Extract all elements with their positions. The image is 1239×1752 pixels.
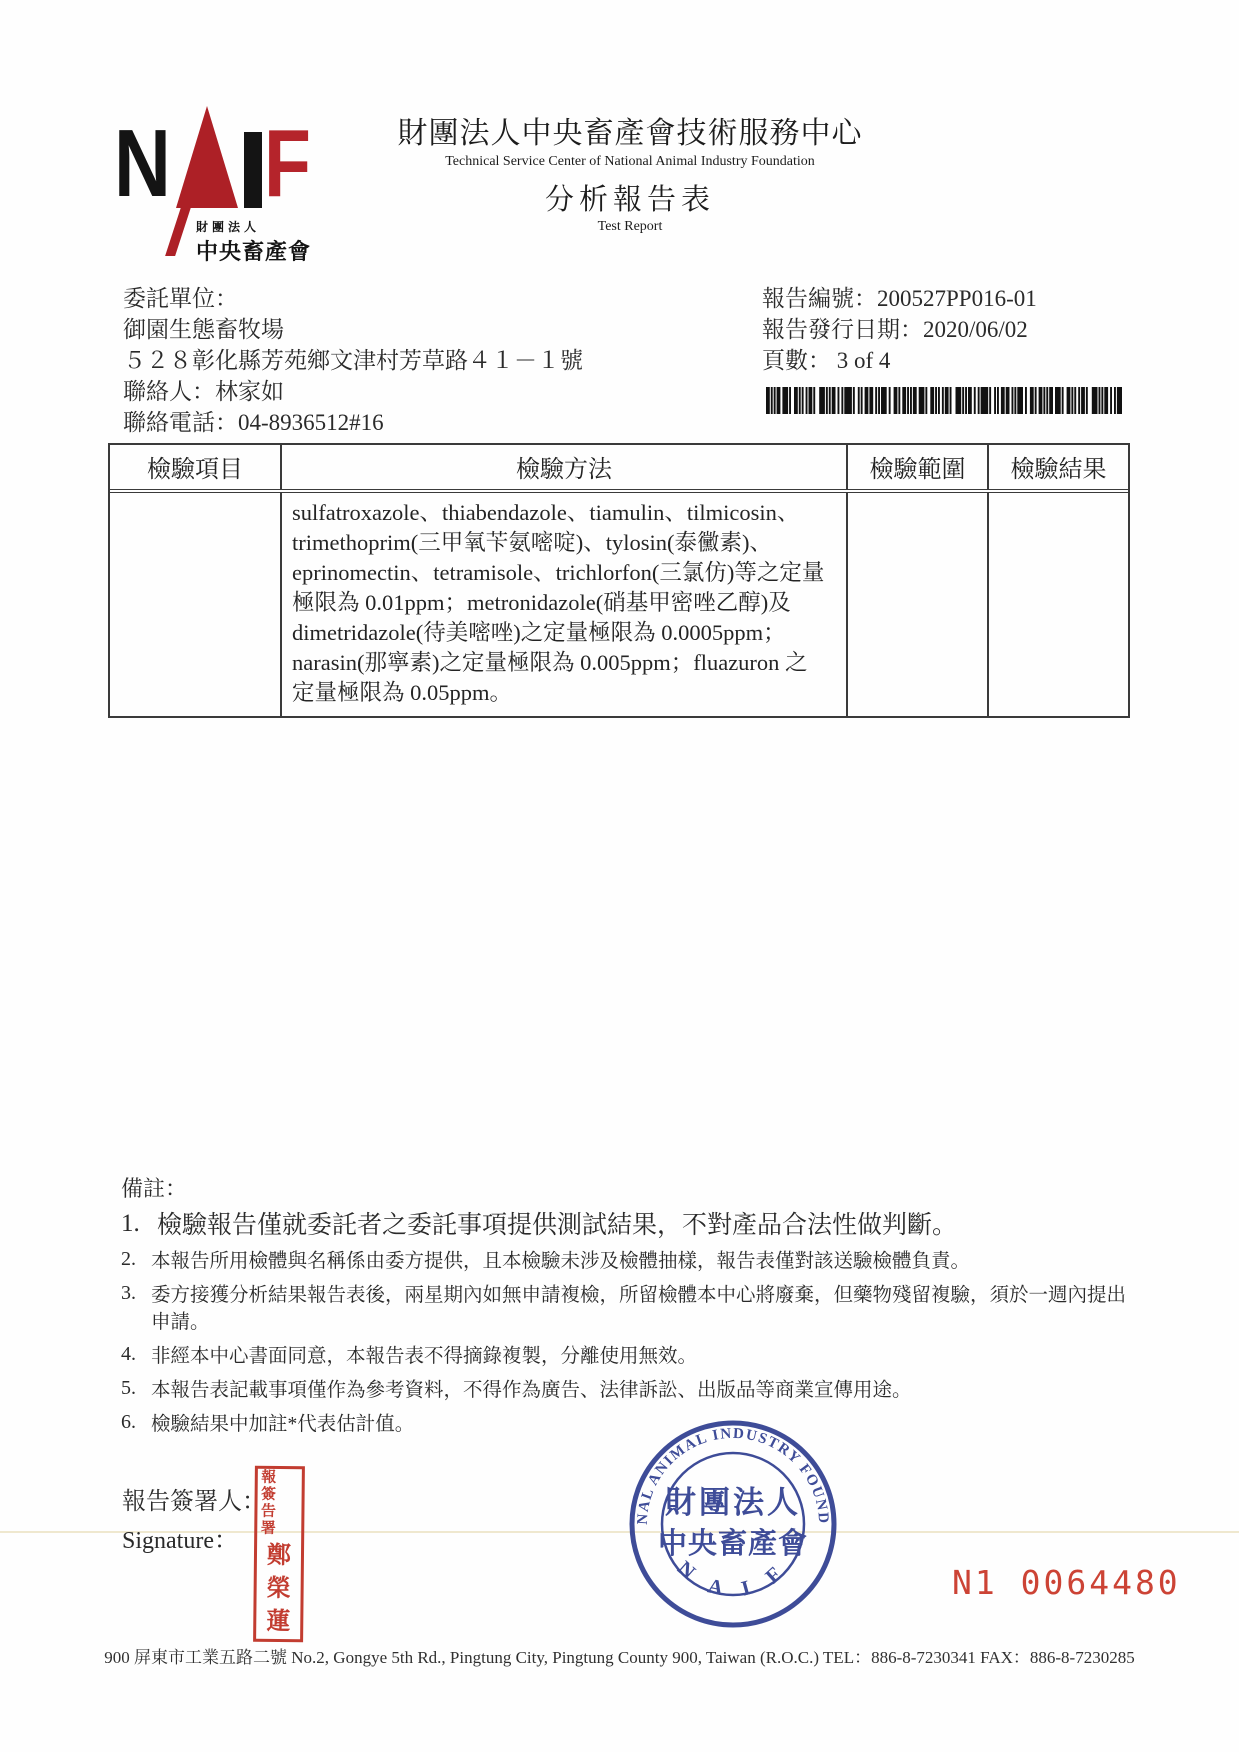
report-title: 分析報告表 — [330, 177, 930, 218]
note-text: 本報告表記載事項僅作為參考資料，不得作為廣告、法律訴訟、出版品等商業宣傳用途。 — [151, 1377, 1126, 1404]
issue-date-value: 2020/06/02 — [923, 317, 1028, 342]
column-header-test-method: 檢驗方法 — [280, 445, 846, 489]
client-address: ５２８彰化縣芳苑鄉文津村芳草路４１－１號 — [123, 345, 583, 376]
page-count-label: 頁數： — [762, 348, 831, 373]
report-title-en: Test Report — [330, 219, 930, 235]
note-number: 5. — [121, 1377, 151, 1404]
report-number-row: 報告編號：200527PP016-01 — [762, 283, 1037, 314]
note-text: 非經本中心書面同意，本報告表不得摘錄複製，分離使用無效。 — [151, 1343, 1126, 1370]
method-line: trimethoprim(三甲氧苄氨嘧啶)、tylosin(泰黴素)、 — [292, 528, 836, 558]
method-line: 定量極限為 0.05ppm。 — [292, 678, 836, 708]
note-item: 4. 非經本中心書面同意，本報告表不得摘錄複製，分離使用無效。 — [121, 1343, 1126, 1370]
method-line: dimetridazole(待美嘧唑)之定量極限為 0.0005ppm； — [292, 618, 836, 648]
note-text: 委方接獲分析結果報告表後，兩星期內如無申請複檢，所留檢體本中心將廢棄，但藥物殘留… — [151, 1282, 1126, 1336]
logo-letter-a-triangle — [176, 106, 238, 208]
logo-subtitle: 財團法人 中央畜產會 — [196, 218, 328, 266]
notes-section: 備註： 1. 檢驗報告僅就委託者之委託事項提供測試結果，不對產品合法性做判斷。 … — [121, 1172, 1126, 1438]
note-number: 2. — [121, 1248, 151, 1275]
issue-date-label: 報告發行日期： — [762, 317, 923, 342]
signer-label-en: Signature： — [122, 1522, 266, 1561]
logo-subtitle-line2: 中央畜產會 — [196, 235, 328, 266]
issue-date-row: 報告發行日期：2020/06/02 — [762, 314, 1037, 345]
logo-letter-n: N — [114, 116, 171, 212]
stamp-inner-line1: 財團法人 — [665, 1485, 801, 1520]
header-titles: 財團法人中央畜產會技術服務中心 Technical Service Center… — [330, 108, 930, 235]
signer-label-zh: 報告簽署人： — [122, 1483, 266, 1522]
report-barcode — [766, 387, 1122, 414]
stamp-inner-line2: 中央畜產會 — [658, 1526, 808, 1560]
method-line: narasin(那寧素)之定量極限為 0.005ppm；fluazuron 之 — [292, 648, 836, 678]
stamp-arc-bottom-text: N A I F — [673, 1556, 793, 1602]
client-phone: 聯絡電話：04-8936512#16 — [123, 407, 583, 438]
note-item: 3. 委方接獲分析結果報告表後，兩星期內如無申請複檢，所留檢體本中心將廢棄，但藥… — [121, 1282, 1126, 1336]
logo-letter-f: F — [264, 116, 311, 212]
results-table: 檢驗項目 檢驗方法 檢驗範圍 檢驗結果 sulfatroxazole、thiab… — [108, 443, 1130, 718]
report-number-label: 報告編號： — [762, 286, 877, 311]
notes-label: 備註： — [121, 1172, 1126, 1203]
test-report-page: N F 財團法人 中央畜產會 財團法人中央畜產會技術服務中心 Technical… — [0, 0, 1239, 1752]
note-item: 6. 檢驗結果中加註*代表估計值。 — [121, 1411, 1126, 1438]
signer-seal-header-chars: 報簽告署 — [257, 1470, 302, 1538]
page-count-row: 頁數： 3 of 4 — [762, 345, 1037, 376]
report-meta: 報告編號：200527PP016-01 報告發行日期：2020/06/02 頁數… — [762, 283, 1037, 376]
note-number: 4. — [121, 1343, 151, 1370]
serial-number: N1 0064480 — [952, 1563, 1181, 1602]
signer-seal-name-chars: 鄭榮蓮 — [256, 1540, 301, 1639]
logo-subtitle-line1: 財團法人 — [196, 218, 328, 235]
table-header-row: 檢驗項目 檢驗方法 檢驗範圍 檢驗結果 — [110, 445, 1128, 493]
footer-address: 900 屏東市工業五路二號 No.2, Gongye 5th Rd., Ping… — [0, 1643, 1239, 1668]
method-line: 極限為 0.01ppm；metronidazole(硝基甲密唑乙醇)及 — [292, 588, 836, 618]
method-line: sulfatroxazole、thiabendazole、tiamulin、ti… — [292, 498, 836, 528]
signature-block: 報告簽署人： Signature： — [122, 1483, 266, 1561]
cell-test-range — [846, 493, 987, 716]
client-label: 委託單位： — [123, 283, 583, 314]
note-text: 檢驗報告僅就委託者之委託事項提供測試結果，不對產品合法性做判斷。 — [157, 1210, 1126, 1241]
note-text: 本報告所用檢體與名稱係由委方提供，且本檢驗未涉及檢體抽樣，報告表僅對該送驗檢體負… — [151, 1248, 1126, 1275]
cell-test-item — [110, 493, 280, 716]
note-number: 3. — [121, 1282, 151, 1336]
cell-test-result — [987, 493, 1128, 716]
note-item: 5. 本報告表記載事項僅作為參考資料，不得作為廣告、法律訴訟、出版品等商業宣傳用… — [121, 1377, 1126, 1404]
note-number: 6. — [121, 1411, 151, 1438]
method-line: eprinomectin、tetramisole、trichlorfon(三氯仿… — [292, 558, 836, 588]
cell-test-method: sulfatroxazole、thiabendazole、tiamulin、ti… — [280, 493, 846, 716]
report-number-value: 200527PP016-01 — [877, 286, 1037, 311]
client-info: 委託單位： 御園生態畜牧場 ５２８彰化縣芳苑鄉文津村芳草路４１－１號 聯絡人：林… — [123, 283, 583, 438]
page-count-value: 3 of 4 — [831, 348, 890, 373]
note-number: 1. — [121, 1210, 157, 1241]
signer-seal-stamp: 報簽告署 鄭榮蓮 — [253, 1466, 305, 1643]
foundation-round-stamp: NATIONAL ANIMAL INDUSTRY FOUNDATION N A … — [625, 1405, 841, 1643]
logo-letter-i — [244, 132, 262, 208]
column-header-test-result: 檢驗結果 — [987, 445, 1128, 489]
table-row: sulfatroxazole、thiabendazole、tiamulin、ti… — [110, 493, 1128, 716]
note-item: 2. 本報告所用檢體與名稱係由委方提供，且本檢驗未涉及檢體抽樣，報告表僅對該送驗… — [121, 1248, 1126, 1275]
client-contact: 聯絡人：林家如 — [123, 376, 583, 407]
organization-title: 財團法人中央畜產會技術服務中心 — [330, 108, 930, 152]
column-header-test-range: 檢驗範圍 — [846, 445, 987, 489]
naif-logo: N F 財團法人 中央畜產會 — [118, 110, 333, 250]
organization-subtitle-en: Technical Service Center of National Ani… — [330, 154, 930, 170]
column-header-test-item: 檢驗項目 — [110, 445, 280, 489]
svg-text:N A I F: N A I F — [673, 1556, 793, 1602]
client-name: 御園生態畜牧場 — [123, 314, 583, 345]
note-item: 1. 檢驗報告僅就委託者之委託事項提供測試結果，不對產品合法性做判斷。 — [121, 1210, 1126, 1241]
